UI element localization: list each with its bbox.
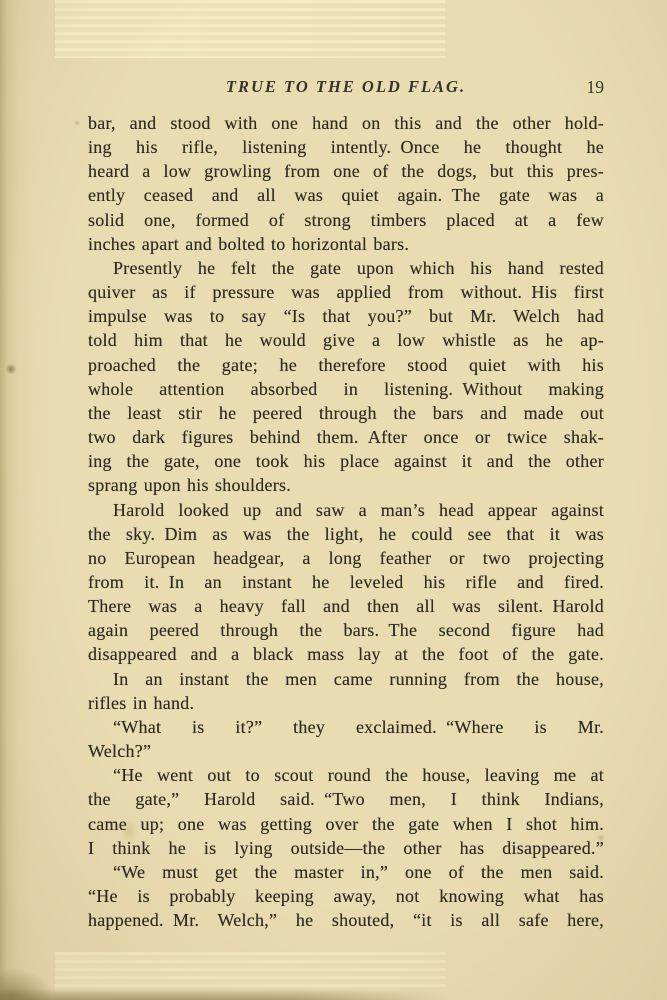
corner-stain: [0, 968, 54, 1000]
text-line: no European headgear, a long feather or …: [88, 546, 604, 570]
text-line: There was a heavy fall and then all was …: [88, 594, 604, 618]
text-line: Welch?”: [88, 739, 604, 763]
text-line: again peered through the bars. The secon…: [88, 618, 604, 642]
text-line: the gate,” Harold said. “Two men, I thin…: [88, 787, 604, 811]
text-line: ing his rifle, listening intently. Once …: [88, 135, 604, 159]
paper-top-streaks: [55, 0, 445, 58]
text-line: Harold looked up and saw a man’s head ap…: [88, 498, 604, 522]
text-line: whole attention absorbed in listening. W…: [88, 377, 604, 401]
page-text: bar, and stood with one hand on this and…: [88, 111, 604, 932]
text-line: sprang upon his shoulders.: [88, 473, 604, 497]
book-page: TRUE TO THE OLD FLAG. 19 bar, and stood …: [0, 0, 667, 1000]
text-line: solid one, formed of strong timbers plac…: [88, 208, 604, 232]
text-line: Presently he felt the gate upon which hi…: [88, 256, 604, 280]
paper-speck: [5, 364, 17, 374]
text-line: “He went out to scout round the house, l…: [88, 763, 604, 787]
text-line: disappeared and a black mass lay at the …: [88, 642, 604, 666]
text-line: the least stir he peered through the bar…: [88, 401, 604, 425]
text-line: impulse was to say “Is that you?” but Mr…: [88, 304, 604, 328]
paper-speck: [74, 120, 80, 126]
text-line: came up; one was getting over the gate w…: [88, 812, 604, 836]
text-line: “What is it?” they exclaimed. “Where is …: [88, 715, 604, 739]
text-line: told him that he would give a low whistl…: [88, 328, 604, 352]
text-line: two dark figures behind them. After once…: [88, 425, 604, 449]
text-line: “He is probably keeping away, not knowin…: [88, 884, 604, 908]
paragraph: “He went out to scout round the house, l…: [88, 763, 604, 860]
text-line: the sky. Dim as was the light, he could …: [88, 522, 604, 546]
paragraph: “What is it?” they exclaimed. “Where is …: [88, 715, 604, 763]
text-line: rifles in hand.: [88, 691, 604, 715]
text-line: bar, and stood with one hand on this and…: [88, 111, 604, 135]
page-header: TRUE TO THE OLD FLAG. 19: [88, 77, 604, 99]
text-line: In an instant the men came running from …: [88, 667, 604, 691]
paragraph: Harold looked up and saw a man’s head ap…: [88, 498, 604, 667]
text-line: proached the gate; he therefore stood qu…: [88, 353, 604, 377]
paper-bottom-streaks: [55, 952, 445, 992]
page-number: 19: [587, 77, 605, 98]
text-line: I think he is lying outside—the other ha…: [88, 836, 604, 860]
text-line: ing the gate, one took his place against…: [88, 449, 604, 473]
text-line: heard a low growling from one of the dog…: [88, 159, 604, 183]
page-left-edge-shading: [0, 0, 52, 1000]
text-line: “We must get the master in,” one of the …: [88, 860, 604, 884]
paragraph: bar, and stood with one hand on this and…: [88, 111, 604, 256]
text-line: from it. In an instant he leveled his ri…: [88, 570, 604, 594]
paragraph: In an instant the men came running from …: [88, 667, 604, 715]
text-line: happened. Mr. Welch,” he shouted, “it is…: [88, 908, 604, 932]
text-line: inches apart and bolted to horizontal ba…: [88, 232, 604, 256]
text-line: ently ceased and all was quiet again. Th…: [88, 183, 604, 207]
running-title: TRUE TO THE OLD FLAG.: [226, 77, 466, 97]
paragraph: “We must get the master in,” one of the …: [88, 860, 604, 932]
page-bottom-edge-shading: [0, 988, 450, 1000]
text-line: quiver as if pressure was applied from w…: [88, 280, 604, 304]
paragraph: Presently he felt the gate upon which hi…: [88, 256, 604, 498]
